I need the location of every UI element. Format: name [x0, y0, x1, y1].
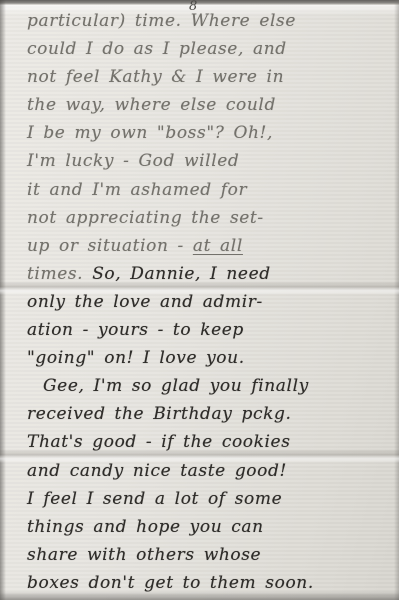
- handwritten-line: not appreciating the set-: [27, 204, 393, 232]
- handwritten-line: "going" on! I love you.: [27, 344, 393, 372]
- line-segment: up or situation -: [27, 236, 193, 256]
- handwritten-line: I be my own "boss"? Oh!,: [27, 119, 393, 147]
- page-left-edge: [0, 0, 6, 600]
- handwritten-line: boxes don't get to them soon.: [27, 569, 393, 597]
- handwritten-line: ation - yours - to keep: [27, 316, 393, 344]
- handwritten-line: the way, where else could: [27, 91, 393, 119]
- handwritten-line: times. So, Dannie, I need: [27, 260, 393, 288]
- letter-body: particular) time. Where else could I do …: [27, 7, 393, 597]
- handwritten-line: not feel Kathy & I were in: [27, 63, 393, 91]
- page-right-edge: [394, 0, 399, 600]
- letter-page: 8 particular) time. Where else could I d…: [0, 0, 399, 600]
- underlined-phrase: at all: [193, 236, 243, 256]
- handwritten-line: and candy nice taste good!: [27, 457, 393, 485]
- handwritten-line: That's good - if the cookies: [27, 428, 393, 456]
- handwritten-line: received the Birthday pckg.: [27, 400, 393, 428]
- handwritten-line: I feel I send a lot of some: [27, 485, 393, 513]
- handwritten-line: share with others whose: [27, 541, 393, 569]
- handwritten-line: things and hope you can: [27, 513, 393, 541]
- handwritten-line: Gee, I'm so glad you finally: [27, 372, 393, 400]
- handwritten-line: particular) time. Where else: [27, 7, 393, 35]
- handwritten-line: up or situation - at all: [27, 232, 393, 260]
- handwritten-line: only the love and admir-: [27, 288, 393, 316]
- handwritten-line: I'm lucky - God willed: [27, 147, 393, 175]
- handwritten-line: could I do as I please, and: [27, 35, 393, 63]
- handwritten-line: it and I'm ashamed for: [27, 176, 393, 204]
- line-segment: times.: [27, 264, 92, 284]
- line-segment: So, Dannie, I need: [92, 264, 271, 284]
